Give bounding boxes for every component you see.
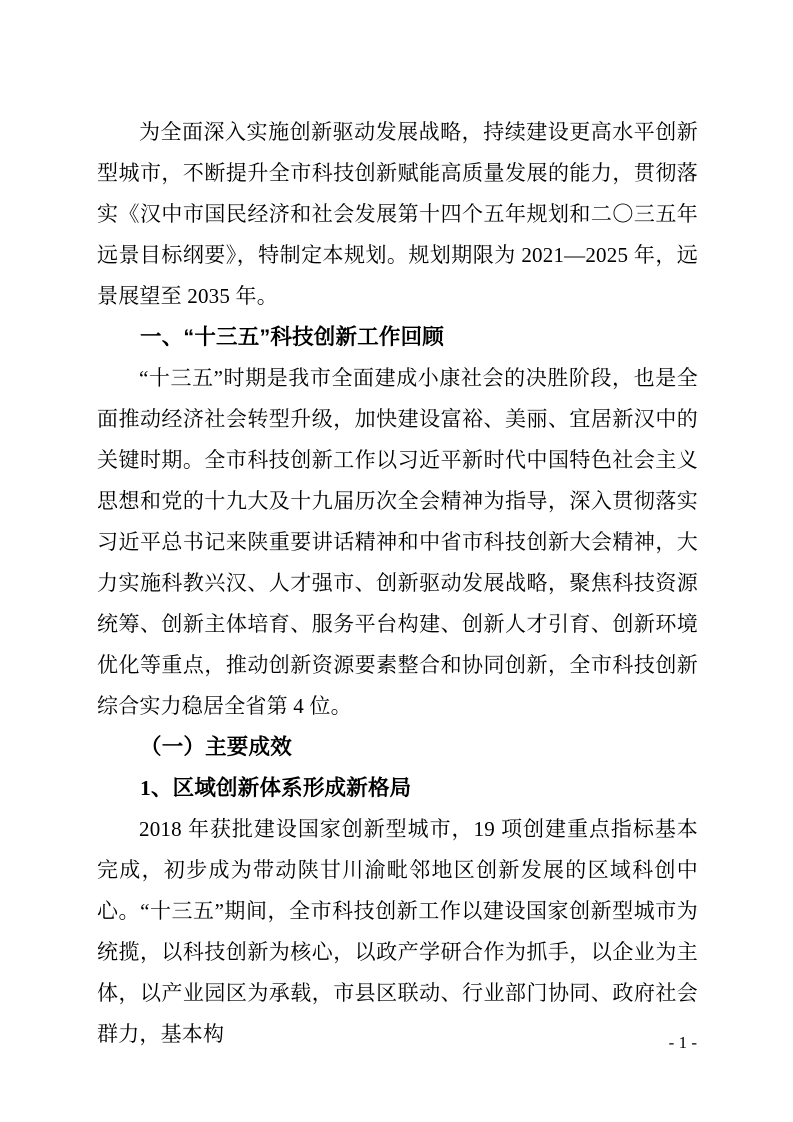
document-body: 为全面深入实施创新驱动发展战略，持续建设更高水平创新型城市，不断提升全市科技创新… [97,112,698,1055]
document-page: 为全面深入实施创新驱动发展战略，持续建设更高水平创新型城市，不断提升全市科技创新… [0,0,793,1122]
paragraph-plan-preamble: 为全面深入实施创新驱动发展战略，持续建设更高水平创新型城市，不断提升全市科技创新… [97,112,698,317]
paragraph-innovative-city-progress: 2018 年获批建设国家创新型城市，19 项创建重点指标基本完成，初步成为带动陕… [97,809,698,1055]
page-number: - 1 - [669,1032,697,1054]
subsection-heading-main-achievements: （一）主要成效 [97,727,698,768]
paragraph-13th-fiveyear-context: “十三五”时期是我市全面建成小康社会的决胜阶段，也是全面推动经济社会转型升级，加… [97,358,698,727]
item-heading-regional-innovation-system: 1、区域创新体系形成新格局 [97,768,698,809]
section-heading-13th-fiveyear-review: 一、“十三五”科技创新工作回顾 [97,317,698,358]
